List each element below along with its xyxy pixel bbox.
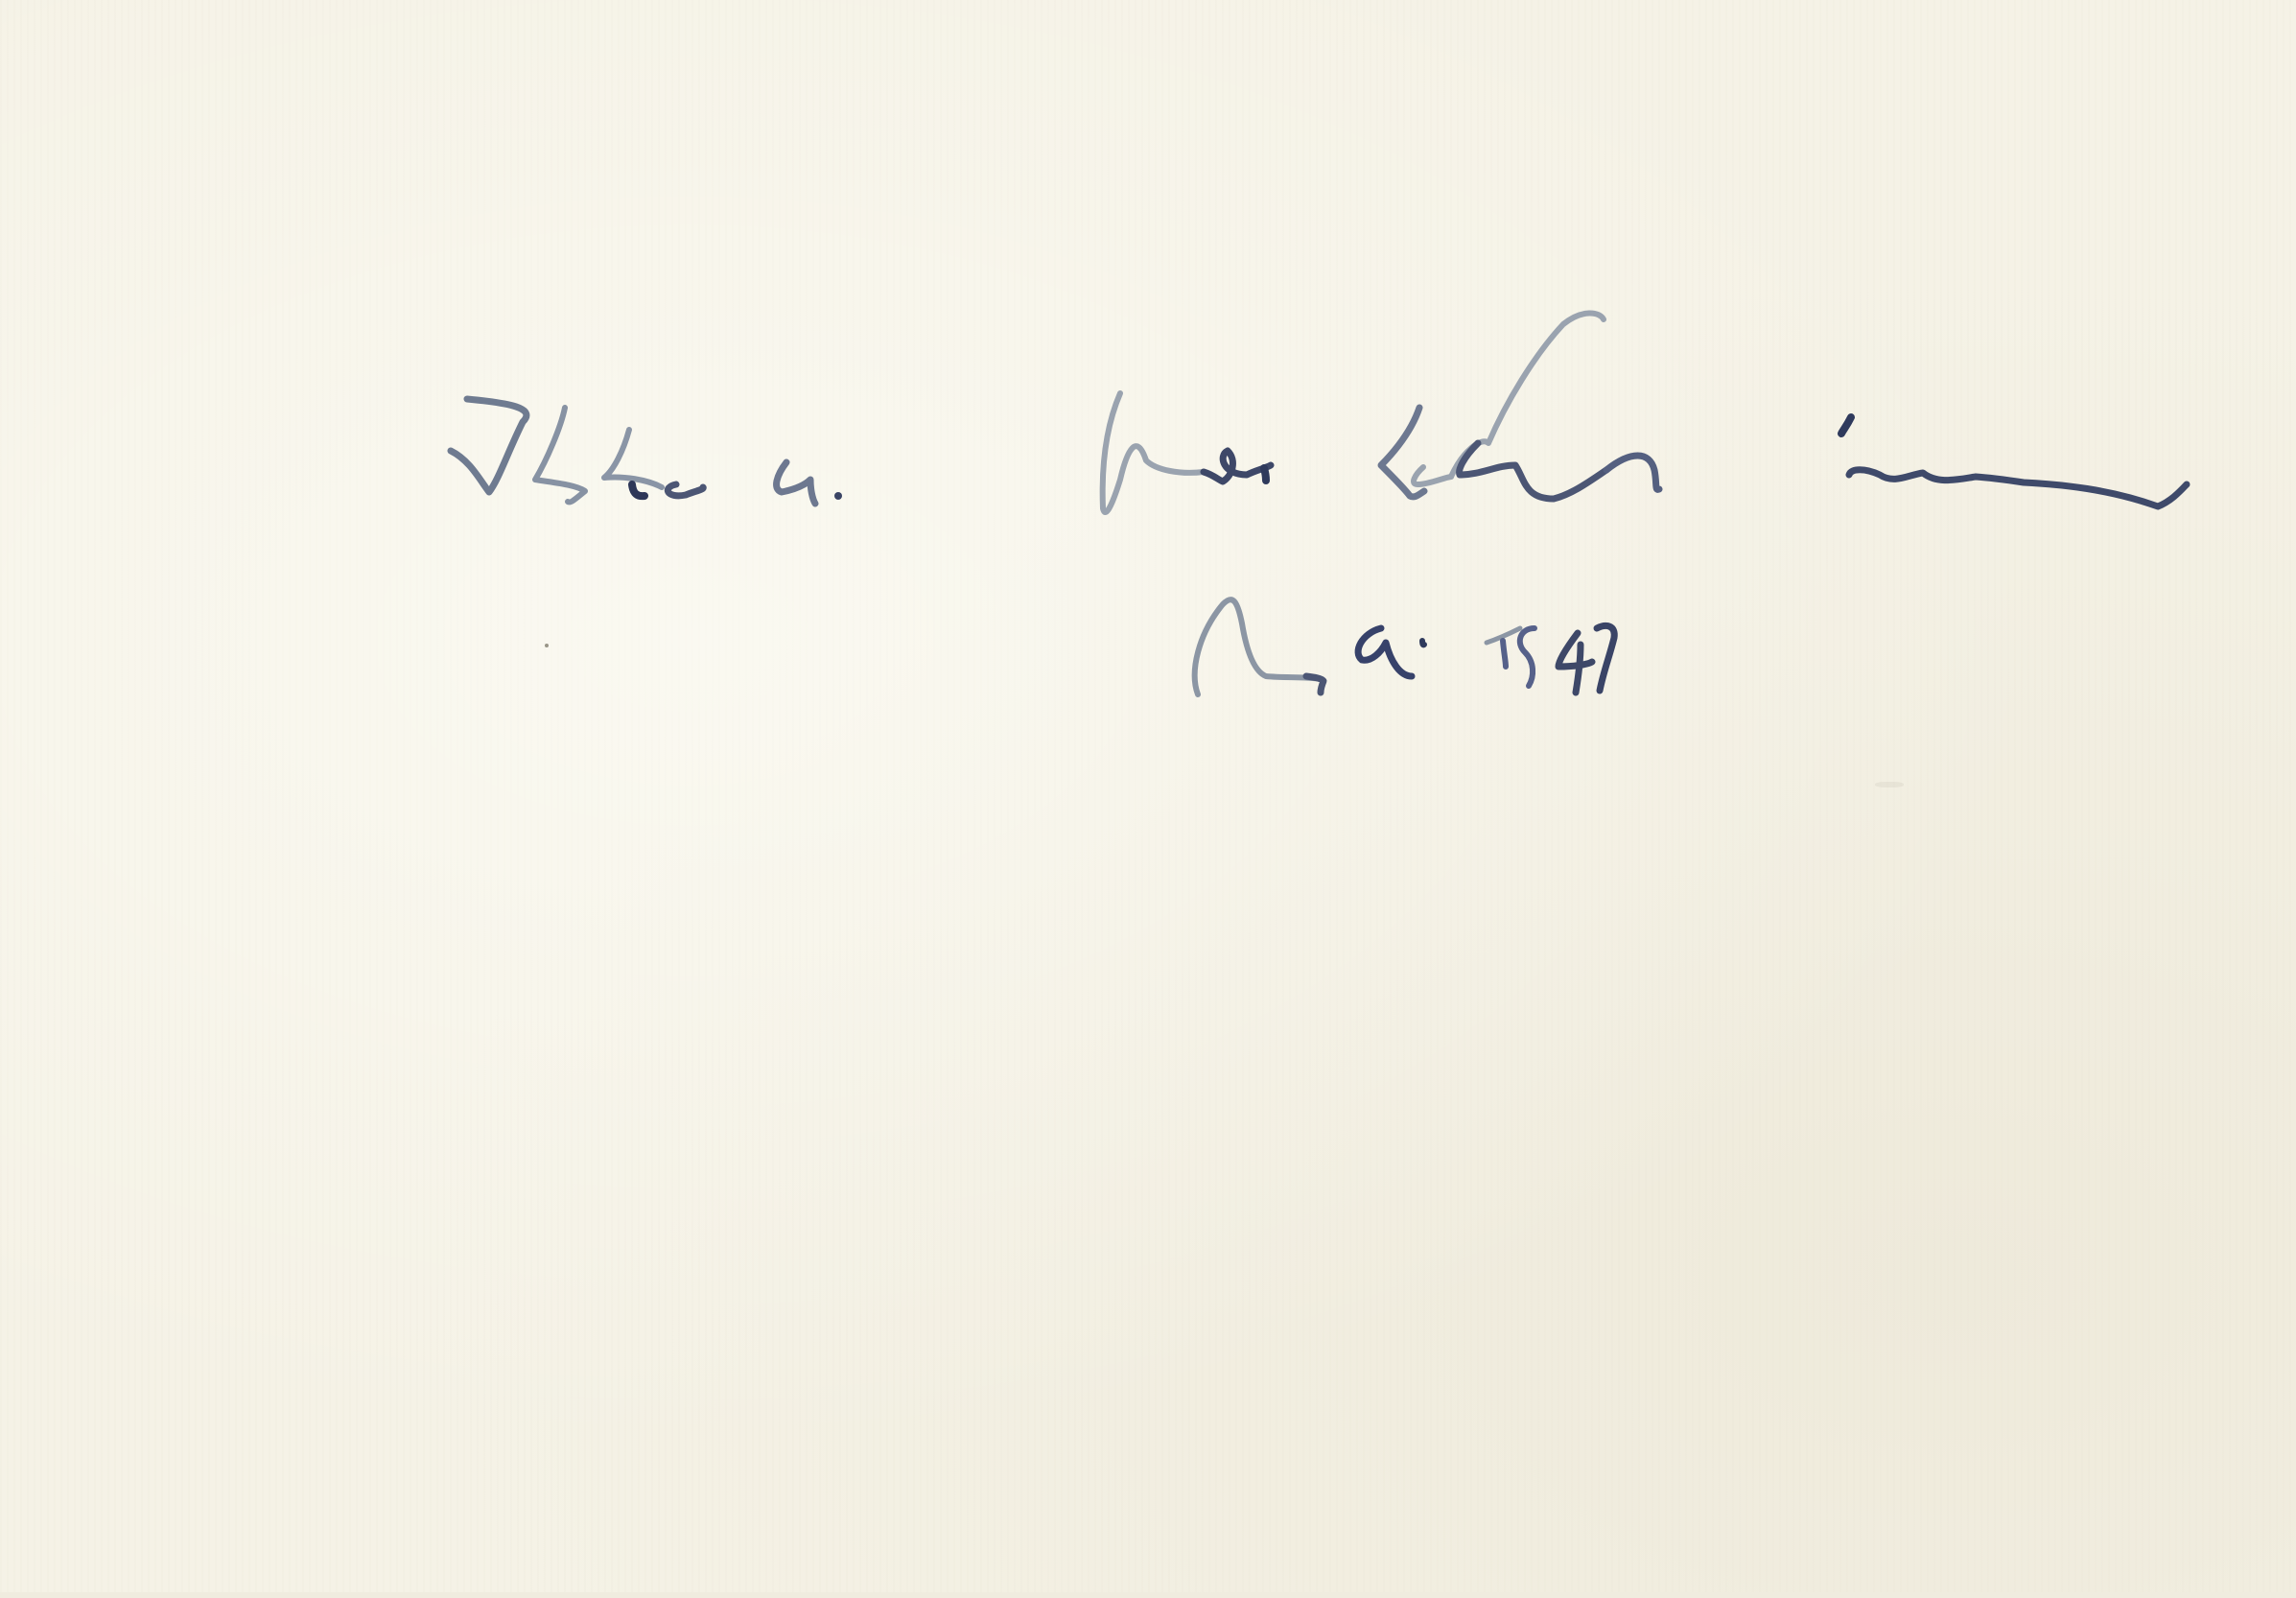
handwriting-word-1 — [451, 399, 703, 502]
handwriting-date — [1195, 599, 1615, 694]
handwriting-word-2 — [777, 462, 842, 504]
handwriting-word-4 — [1381, 313, 2187, 506]
handwriting — [0, 0, 2296, 1598]
handwriting-word-3 — [1103, 393, 1271, 512]
